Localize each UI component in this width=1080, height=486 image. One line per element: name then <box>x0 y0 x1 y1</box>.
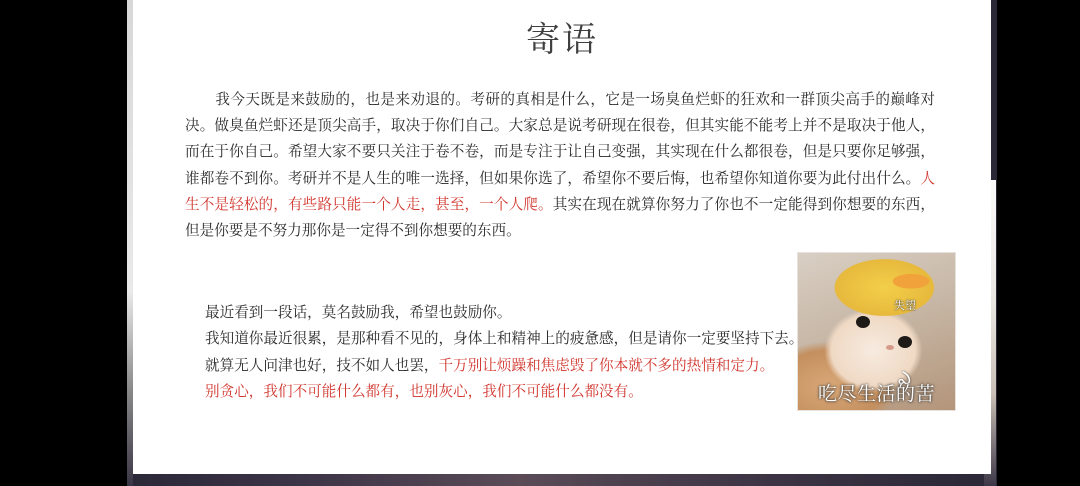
paragraph-encouragement: 最近看到一段话，莫名鼓励我，希望也鼓励你。 我知道你最近很累，是那种看不见的，身… <box>205 300 795 405</box>
meme-tag-text: 失望 <box>894 297 916 313</box>
meme-caption: 吃尽生活的苦 <box>798 379 955 406</box>
cat-nose <box>886 345 894 350</box>
cat-meme-image: 失望 ఎ 吃尽生活的苦 <box>797 252 956 411</box>
slide-page: 寄语 我今天既是来鼓励的，也是来劝退的。考研的真相是什么，它是一场臭鱼烂虾的狂欢… <box>133 0 991 474</box>
encouragement-line-4: 别贪心，我们不可能什么都有，也别灰心，我们不可能什么都没有。 <box>205 379 795 405</box>
paragraph-advice: 我今天既是来鼓励的，也是来劝退的。考研的真相是什么，它是一场臭鱼烂虾的狂欢和一群… <box>185 87 935 244</box>
encouragement-line-3-text: 就算无人问津也好，技不如人也罢， <box>205 357 439 374</box>
encouragement-line-2: 我知道你最近很累，是那种看不见的，身体上和精神上的疲惫感，但是请你一定要坚持下去… <box>205 326 795 352</box>
cat-eye-left <box>856 316 870 328</box>
encouragement-line-3: 就算无人问津也好，技不如人也罢，千万别让烦躁和焦虑毁了你本就不多的热情和定力。 <box>205 353 795 379</box>
page-title: 寄语 <box>133 18 991 62</box>
paragraph-advice-text: 我今天既是来鼓励的，也是来劝退的。考研的真相是什么，它是一场臭鱼烂虾的狂欢和一群… <box>185 91 935 187</box>
encouragement-line-3-highlight: 千万别让烦躁和焦虑毁了你本就不多的热情和定力。 <box>439 357 775 374</box>
encouragement-line-1: 最近看到一段话，莫名鼓励我，希望也鼓励你。 <box>205 300 795 326</box>
cat-eye-right <box>898 336 912 348</box>
